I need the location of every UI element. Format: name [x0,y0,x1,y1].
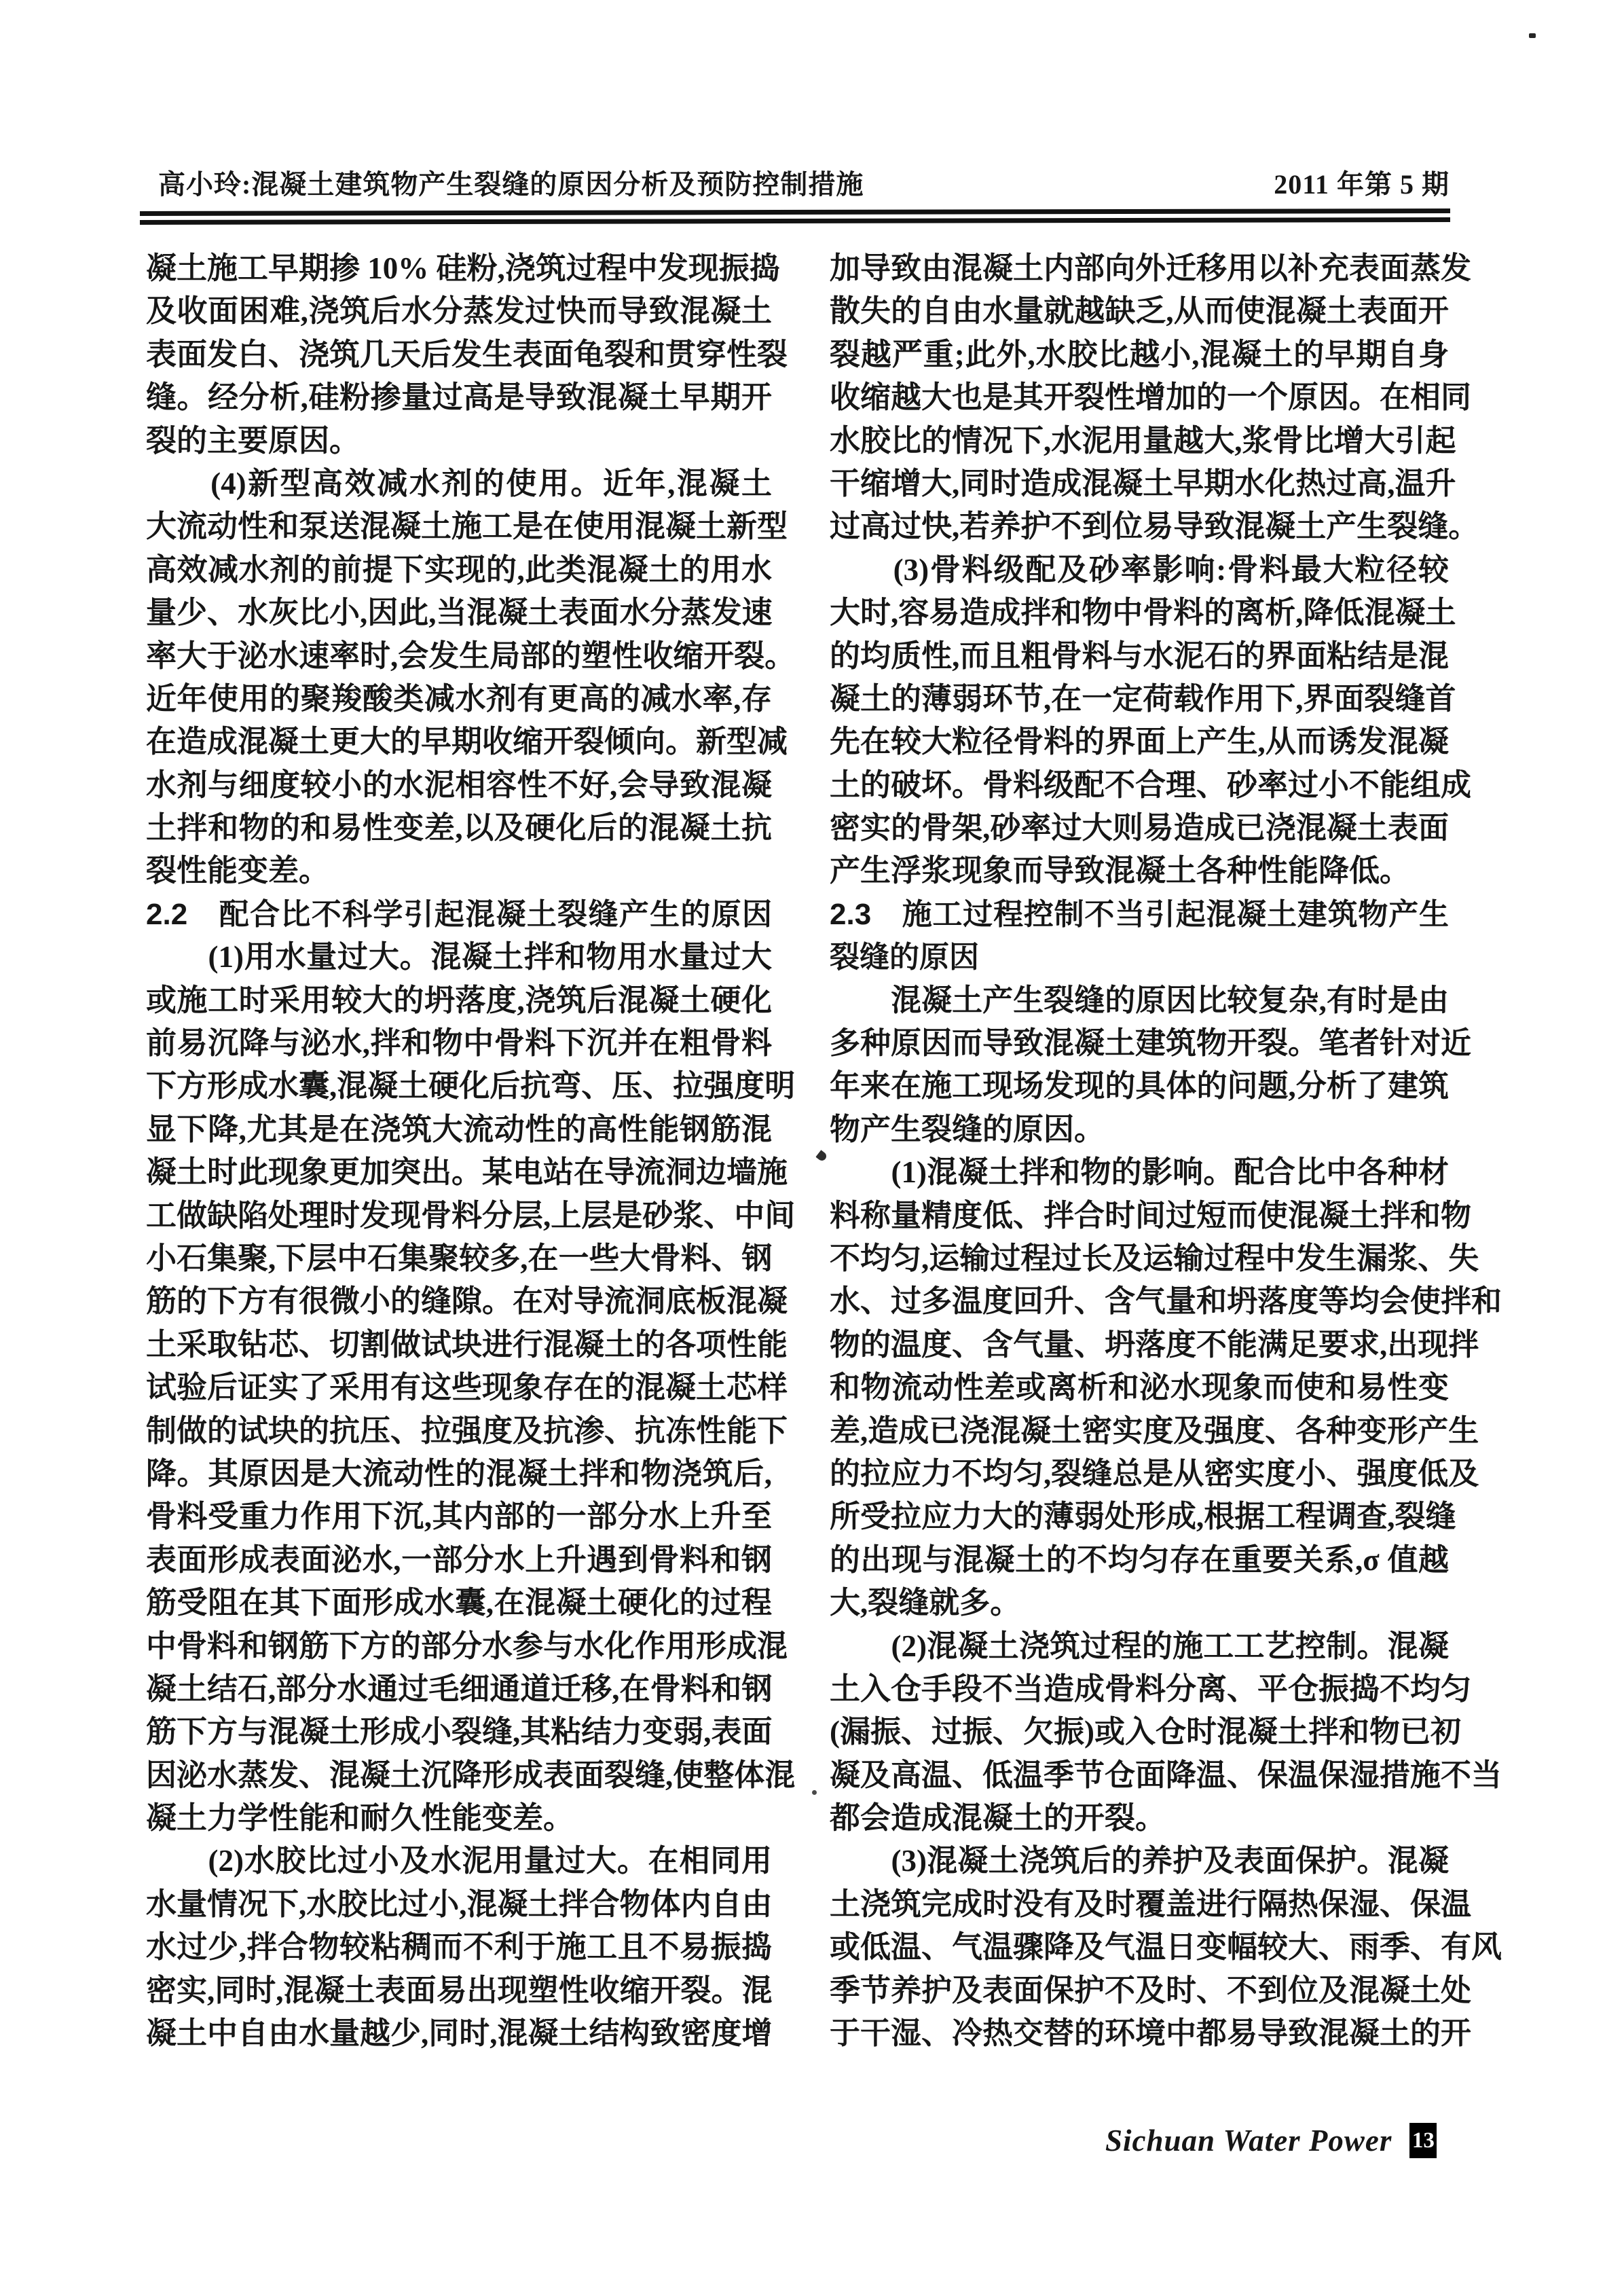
text-line: 或低温、气温骤降及气温日变幅较大、雨季、有风 [830,1926,1449,1969]
text-line: 量少、水灰比小,因此,当混凝土表面水分蒸发速 [146,591,772,634]
text-line: 土浇筑完成时没有及时覆盖进行隔热保湿、保温 [830,1883,1449,1926]
text-line: (2)水胶比过小及水泥用量过大。在相同用 [146,1840,772,1882]
text-line: 的均质性,而且粗骨料与水泥石的界面粘结是混 [830,635,1449,678]
text-line: 水、过多温度回升、含气量和坍落度等均会使拌和 [830,1280,1449,1323]
text-line: 散失的自由水量就越缺乏,从而使混凝土表面开 [830,290,1449,333]
text-line: 凝土力学性能和耐久性能变差。 [146,1797,772,1840]
text-line: 率大于泌水速率时,会发生局部的塑性收缩开裂。 [146,635,772,678]
text-line: 高效减水剂的前提下实现的,此类混凝土的用水 [146,549,772,591]
text-line: 年来在施工现场发现的具体的问题,分析了建筑 [830,1065,1449,1108]
text-line: 凝土中自由水量越少,同时,混凝土结构致密度增 [146,2012,772,2055]
text-line: 筋受阻在其下面形成水囊,在混凝土硬化的过程 [146,1582,772,1624]
text-line: 土采取钻芯、切割做试块进行混凝土的各项性能 [146,1324,772,1366]
text-line: 凝土结石,部分水通过毛细通道迁移,在骨料和钢 [146,1668,772,1711]
text-line: 先在较大粒径骨料的界面上产生,从而诱发混凝 [830,721,1449,763]
text-line: 小石集聚,下层中石集聚较多,在一些大骨料、钢 [146,1237,772,1280]
text-line: 大流动性和泵送混凝土施工是在使用混凝土新型 [146,505,772,548]
text-line: 土拌和物的和易性变差,以及硬化后的混凝土抗 [146,807,772,850]
text-line: 中骨料和钢筋下方的部分水参与水化作用形成混 [146,1625,772,1668]
text-line: 物产生裂缝的原因。 [830,1108,1449,1151]
text-line: 干缩增大,同时造成混凝土早期水化热过高,温升 [830,462,1449,505]
text-line: 大时,容易造成拌和物中骨料的离析,降低混凝土 [830,591,1449,634]
text-line: 工做缺陷处理时发现骨料分层,上层是砂浆、中间 [146,1195,772,1237]
text-line: 土的破坏。骨料级配不合理、砂率过小不能组成 [830,764,1449,807]
article-body: 凝土施工早期掺 10% 硅粉,浇筑过程中发现振捣及收面困难,浇筑后水分蒸发过快而… [146,247,1449,2055]
text-line: 下方形成水囊,混凝土硬化后抗弯、压、拉强度明 [146,1065,772,1108]
text-line: (3)骨料级配及砂率影响:骨料最大粒径较 [830,549,1449,591]
page-number-badge: 13 [1409,2123,1437,2158]
text-line: 的出现与混凝土的不均匀存在重要关系,σ 值越 [830,1539,1449,1582]
journal-page: 高小玲:混凝土建筑物产生裂缝的原因分析及预防控制措施 2011 年第 5 期 凝… [0,0,1624,2275]
text-line: 因泌水蒸发、混凝土沉降形成表面裂缝,使整体混 [146,1754,772,1797]
text-line: (4)新型高效减水剂的使用。近年,混凝土 [146,462,772,505]
text-line: 密实的骨架,砂率过大则易造成已浇混凝土表面 [830,807,1449,850]
text-line: 表面形成表面泌水,一部分水上升遇到骨料和钢 [146,1539,772,1582]
text-line: (漏振、过振、欠振)或入仓时混凝土拌和物已初 [830,1711,1449,1753]
text-line: 和物流动性差或离析和泌水现象而使和易性变 [830,1366,1449,1409]
header-rule-top [140,208,1450,216]
text-line: 水胶比的情况下,水泥用量越大,浆骨比增大引起 [830,420,1449,462]
text-line: 凝及高温、低温季节仓面降温、保温保湿措施不当 [830,1754,1449,1797]
page-footer: Sichuan Water Power 13 [1105,2123,1437,2158]
text-line: 土入仓手段不当造成骨料分离、平仓振捣不均匀 [830,1668,1449,1711]
text-line: 都会造成混凝土的开裂。 [830,1797,1449,1840]
text-line: (1)混凝土拌和物的影响。配合比中各种材 [830,1151,1449,1194]
text-line: 前易沉降与泌水,拌和物中骨料下沉并在粗骨料 [146,1022,772,1065]
text-line: 或施工时采用较大的坍落度,浇筑后混凝土硬化 [146,979,772,1022]
text-line: 缝。经分析,硅粉掺量过高是导致混凝土早期开 [146,376,772,419]
text-line: 收缩越大也是其开裂性增加的一个原因。在相同 [830,376,1449,419]
running-head: 高小玲:混凝土建筑物产生裂缝的原因分析及预防控制措施 2011 年第 5 期 [146,168,1451,201]
text-line: (1)用水量过大。混凝土拌和物用水量过大 [146,936,772,979]
text-line: 2.2 配合比不科学引起混凝土裂缝产生的原因 [146,893,772,936]
text-line: 于干湿、冷热交替的环境中都易导致混凝土的开 [830,2012,1449,2055]
running-title: 高小玲:混凝土建筑物产生裂缝的原因分析及预防控制措施 [146,168,864,201]
text-line: 的拉应力不均匀,裂缝总是从密实度小、强度低及 [830,1453,1449,1495]
header-rule-bottom [140,217,1450,225]
text-line: 物的温度、含气量、坍落度不能满足要求,出现拌 [830,1324,1449,1366]
issue-label: 2011 年第 5 期 [1274,168,1451,201]
text-line: 混凝土产生裂缝的原因比较复杂,有时是由 [830,979,1449,1022]
text-line: 季节养护及表面保护不及时、不到位及混凝土处 [830,1969,1449,2012]
text-line: 凝土施工早期掺 10% 硅粉,浇筑过程中发现振捣 [146,247,772,290]
text-line: (3)混凝土浇筑后的养护及表面保护。混凝 [830,1840,1449,1882]
text-line: 显下降,尤其是在浇筑大流动性的高性能钢筋混 [146,1108,772,1151]
text-line: 产生浮浆现象而导致混凝土各种性能降低。 [830,850,1449,892]
column-right: 加导致由混凝土内部向外迁移用以补充表面蒸发散失的自由水量就越缺乏,从而使混凝土表… [830,247,1449,2055]
ink-speck [1529,33,1536,38]
text-line: 骨料受重力作用下沉,其内部的一部分水上升至 [146,1495,772,1538]
text-line: 降。其原因是大流动性的混凝土拌和物浇筑后, [146,1453,772,1495]
text-line: 所受拉应力大的薄弱处形成,根据工程调查,裂缝 [830,1495,1449,1538]
text-line: 料称量精度低、拌合时间过短而使混凝土拌和物 [830,1195,1449,1237]
text-line: (2)混凝土浇筑过程的施工工艺控制。混凝 [830,1625,1449,1668]
ink-speck [812,1790,817,1795]
text-line: 过高过快,若养护不到位易导致混凝土产生裂缝。 [830,505,1449,548]
text-line: 近年使用的聚羧酸类减水剂有更高的减水率,存 [146,678,772,721]
text-line: 试验后证实了采用有这些现象存在的混凝土芯样 [146,1366,772,1409]
text-line: 差,造成已浇混凝土密实度及强度、各种变形产生 [830,1410,1449,1453]
text-line: 不均匀,运输过程过长及运输过程中发生漏浆、失 [830,1237,1449,1280]
text-line: 裂的主要原因。 [146,420,772,462]
text-line: 及收面困难,浇筑后水分蒸发过快而导致混凝土 [146,290,772,333]
text-line: 凝土时此现象更加突出。某电站在导流洞边墙施 [146,1151,772,1194]
column-left: 凝土施工早期掺 10% 硅粉,浇筑过程中发现振捣及收面困难,浇筑后水分蒸发过快而… [146,247,772,2055]
text-line: 凝土的薄弱环节,在一定荷载作用下,界面裂缝首 [830,678,1449,721]
text-line: 表面发白、浇筑几天后发生表面龟裂和贯穿性裂 [146,333,772,376]
journal-name: Sichuan Water Power [1105,2123,1392,2158]
text-line: 制做的试块的抗压、拉强度及抗渗、抗冻性能下 [146,1410,772,1453]
text-line: 裂越严重;此外,水胶比越小,混凝土的早期自身 [830,333,1449,376]
text-line: 加导致由混凝土内部向外迁移用以补充表面蒸发 [830,247,1449,290]
text-line: 密实,同时,混凝土表面易出现塑性收缩开裂。混 [146,1969,772,2012]
text-line: 筋下方与混凝土形成小裂缝,其粘结力变弱,表面 [146,1711,772,1753]
text-line: 在造成混凝土更大的早期收缩开裂倾向。新型减 [146,721,772,763]
text-line: 水剂与细度较小的水泥相容性不好,会导致混凝 [146,764,772,807]
text-line: 大,裂缝就多。 [830,1582,1449,1624]
text-line: 筋的下方有很微小的缝隙。在对导流洞底板混凝 [146,1280,772,1323]
text-line: 水过少,拌合物较粘稠而不利于施工且不易振捣 [146,1926,772,1969]
text-line: 多种原因而导致混凝土建筑物开裂。笔者针对近 [830,1022,1449,1065]
text-line: 2.3 施工过程控制不当引起混凝土建筑物产生 [830,893,1449,936]
text-line: 裂性能变差。 [146,850,772,892]
text-line: 裂缝的原因 [830,936,1449,979]
text-line: 水量情况下,水胶比过小,混凝土拌合物体内自由 [146,1883,772,1926]
